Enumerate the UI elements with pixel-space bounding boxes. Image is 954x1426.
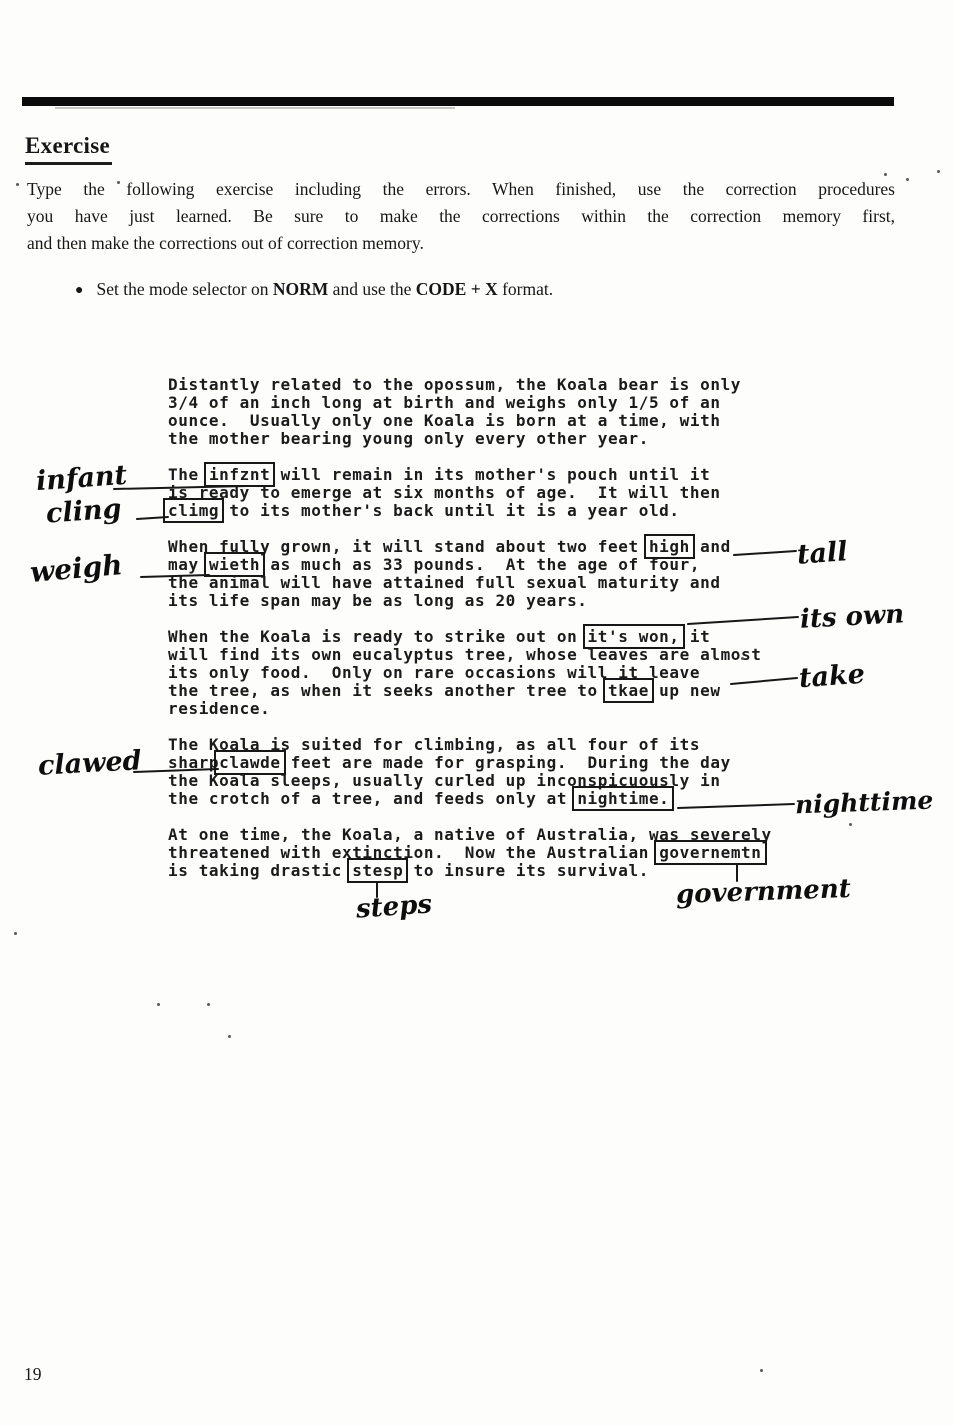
typed-paragraph: The infznt will remain in its mother's p… (168, 466, 772, 520)
bullet-text: Set the mode selector on NORM and use th… (96, 279, 553, 300)
handwritten-correction-take: take (798, 659, 866, 695)
typed-run: is taking drastic (168, 861, 352, 880)
scanned-manual-page: Exercise Type the following exercise inc… (0, 0, 954, 1426)
typed-paragraph: At one time, the Koala, a native of Aust… (168, 826, 772, 880)
boxed-typo: stesp (347, 858, 408, 883)
handwritten-correction-cling: cling (45, 493, 122, 529)
scan-speck (14, 932, 17, 935)
boxed-typo: climg (163, 498, 224, 523)
handwritten-correction-its-own: its own (799, 599, 905, 634)
typed-paragraph: When fully grown, it will stand about tw… (168, 538, 772, 610)
scan-speck (228, 1035, 231, 1038)
bullet-run: Set the mode selector on (96, 279, 272, 299)
handwritten-correction-tall: tall (796, 536, 849, 570)
scan-speck (760, 1369, 763, 1372)
scan-speck (157, 1003, 160, 1006)
typed-run: to its mother's back until it is a year … (219, 501, 679, 520)
intro-line: Type the following exercise including th… (27, 176, 895, 203)
typed-paragraph: Distantly related to the opossum, the Ko… (168, 376, 772, 448)
scan-speck (16, 183, 19, 186)
scan-speck (117, 181, 120, 184)
boxed-typo: governemtn (654, 840, 766, 865)
typed-text: Distantly related to the opossum, the Ko… (168, 376, 772, 898)
typed-run: Distantly related to the opossum, the Ko… (168, 375, 741, 448)
handwritten-correction-infant: infant (35, 460, 128, 497)
typed-run: When the Koala is ready to strike out on (168, 627, 588, 646)
bullet-icon: ● (75, 279, 83, 303)
boxed-typo: nightime. (572, 786, 674, 811)
bullet-bold-term: NORM (273, 279, 328, 299)
intro-paragraph: Type the following exercise including th… (27, 176, 895, 257)
typed-run: The (168, 465, 209, 484)
scan-speck (884, 173, 887, 176)
handwritten-correction-steps: steps (355, 889, 433, 924)
scan-speck (906, 178, 909, 181)
handwritten-correction-government: government (676, 874, 852, 910)
scan-speck (207, 1003, 210, 1006)
handwritten-correction-clawed: clawed (37, 745, 142, 781)
bullet-run: format. (498, 279, 553, 299)
boxed-typo: tkae (603, 678, 654, 703)
page-title: Exercise (25, 133, 112, 165)
bullet-bold-term: CODE + X (416, 279, 498, 299)
handwritten-correction-nighttime: nighttime (795, 786, 934, 820)
intro-line: you have just learned. Be sure to make t… (27, 203, 895, 230)
scan-speck (849, 823, 852, 826)
rule-scan-fringe (55, 107, 455, 109)
section-divider-rule (22, 97, 894, 106)
typed-paragraph: When the Koala is ready to strike out on… (168, 628, 772, 718)
typed-run: to insure its survival. (403, 861, 649, 880)
scan-speck (741, 657, 744, 660)
bullet-run: and use the (328, 279, 415, 299)
handwritten-correction-weigh: weigh (29, 548, 124, 589)
typed-paragraph: The Koala is suited for climbing, as all… (168, 736, 772, 808)
scan-speck (937, 170, 940, 173)
instruction-bullet: ● Set the mode selector on NORM and use … (75, 279, 553, 303)
page-number: 19 (24, 1364, 42, 1385)
intro-line: and then make the corrections out of cor… (27, 230, 895, 257)
